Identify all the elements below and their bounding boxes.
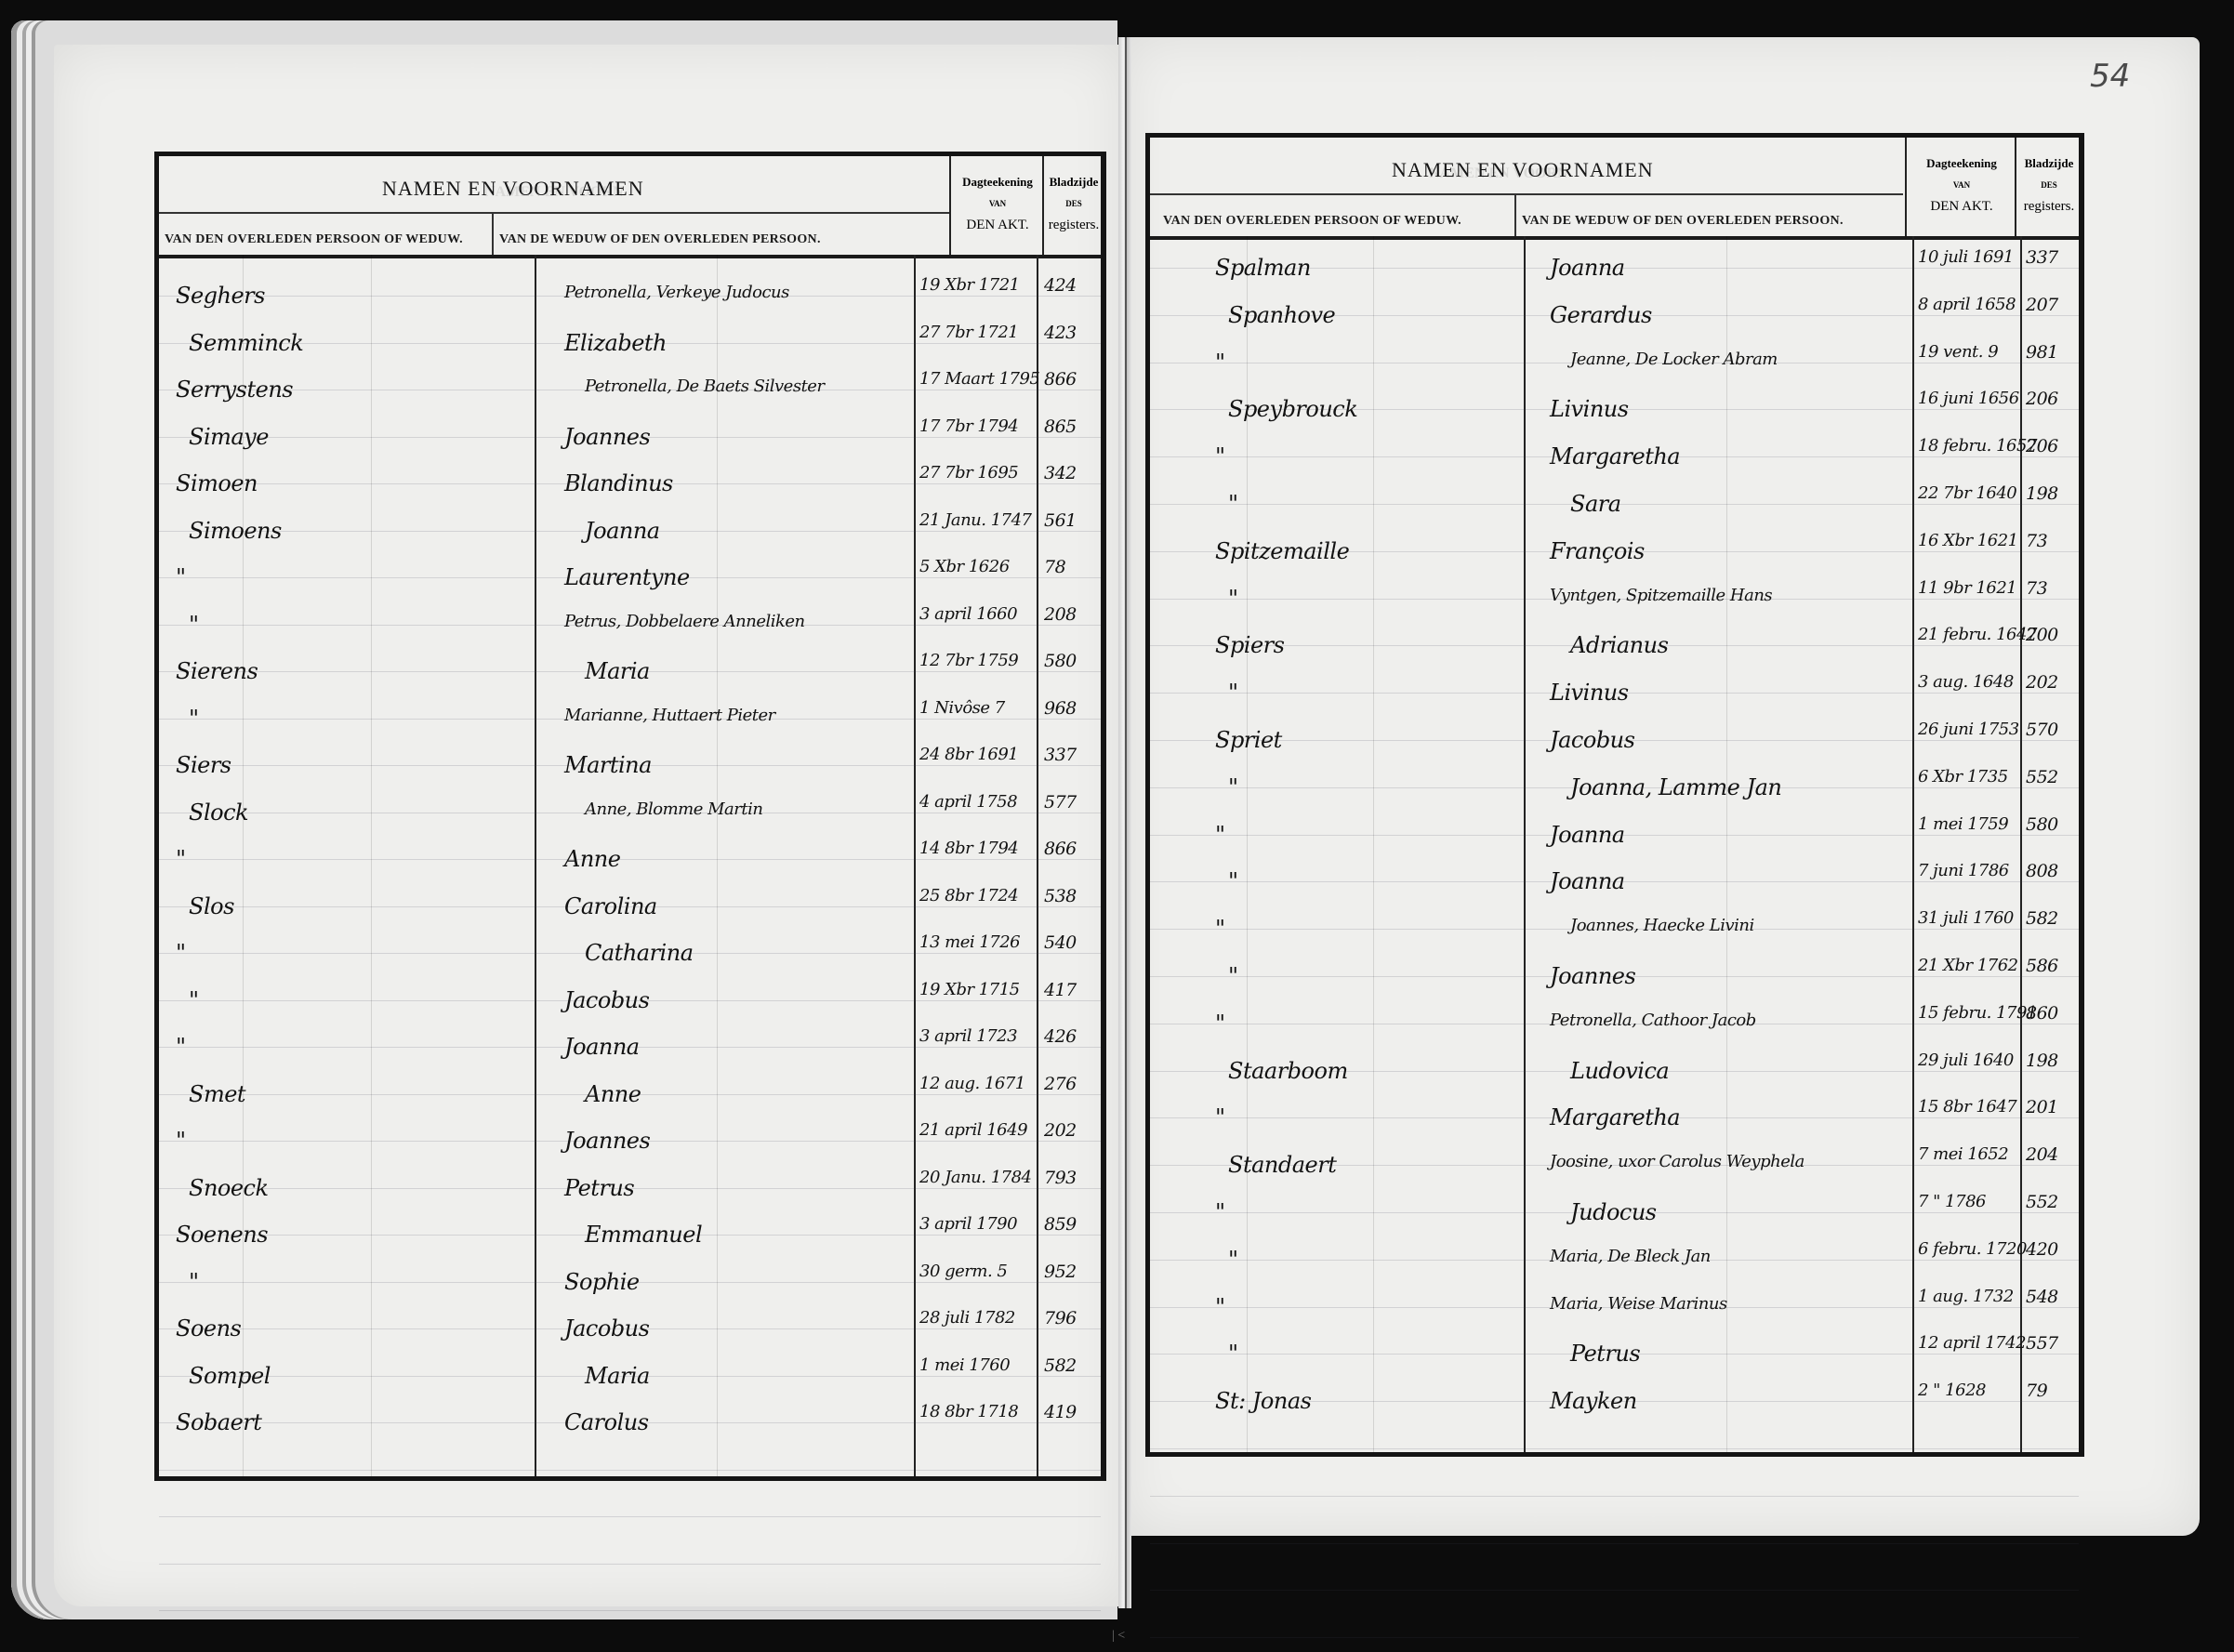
ruled-line (159, 1564, 1101, 1565)
entry-date: 26 juni 1753 (1918, 720, 2019, 739)
entry-surname: Sobaert (176, 1409, 261, 1435)
entry-surname: Spanhove (1228, 302, 1335, 328)
register-entry-row: StandaertJoosine, uxor Carolus Weyphela7… (1150, 1144, 2079, 1186)
entry-date: 28 juli 1782 (919, 1308, 1015, 1328)
entry-date: 7 juni 1786 (1918, 861, 2009, 880)
register-entry-row: SmetAnne12 aug. 1671276 (159, 1074, 1101, 1116)
register-entry-row: SemminckElizabeth27 7br 1721423 (159, 323, 1101, 364)
register-entry-row: "Laurentyne5 Xbr 162678 (159, 557, 1101, 599)
entry-date: 14 8br 1794 (919, 839, 1018, 858)
entry-given-name: Anne (564, 846, 620, 872)
ruled-line (1150, 1637, 2079, 1638)
entry-date: 19 Xbr 1721 (919, 275, 1020, 295)
entry-register-page: 860 (2026, 1003, 2058, 1024)
binding-thread (1125, 37, 1127, 1608)
entry-given-name: François (1550, 538, 1645, 564)
entry-date: 12 april 1742 (1918, 1333, 2026, 1353)
entry-surname: Soenens (176, 1222, 268, 1248)
entry-register-page: 540 (1044, 932, 1077, 953)
entry-register-page: 419 (1044, 1402, 1077, 1422)
entry-surname: Spiers (1215, 632, 1284, 658)
entry-register-page: 552 (2026, 767, 2058, 787)
entry-register-page: 417 (1044, 980, 1077, 1000)
register-entry-row: "Joanna, Lamme Jan6 Xbr 1735552 (1150, 767, 2079, 809)
entry-given-name: Joanna (1550, 822, 1625, 848)
entry-given-name: Petronella, De Baets Silvester (585, 377, 825, 396)
entry-register-page: 796 (1044, 1308, 1077, 1328)
entry-given-name: Laurentyne (564, 564, 690, 590)
register-entry-row: "Sophie30 germ. 5952 (159, 1262, 1101, 1303)
entry-surname: " (1215, 822, 1225, 848)
entry-given-name: Carolus (564, 1409, 649, 1435)
entry-register-page: 866 (1044, 369, 1077, 390)
entry-surname: " (1228, 586, 1238, 612)
entry-date: 1 mei 1760 (919, 1355, 1010, 1375)
entry-surname: " (176, 1128, 186, 1154)
entry-date: 13 mei 1726 (919, 932, 1020, 952)
entry-date: 25 8br 1724 (919, 886, 1018, 905)
register-entry-row: "Joannes, Haecke Livini31 juli 1760582 (1150, 908, 2079, 950)
entry-register-page: 426 (1044, 1026, 1077, 1047)
entry-surname: Standaert (1228, 1152, 1336, 1178)
entry-date: 1 aug. 1732 (1918, 1287, 2014, 1306)
entry-given-name: Petronella, Verkeye Judocus (564, 283, 789, 302)
entry-date: 27 7br 1721 (919, 323, 1018, 342)
entry-given-name: Emmanuel (585, 1222, 702, 1248)
register-entry-row: "Jacobus19 Xbr 1715417 (159, 980, 1101, 1022)
entry-surname: " (1228, 1341, 1238, 1367)
entry-date: 6 febru. 1720 (1918, 1239, 2027, 1259)
entry-register-page: 202 (2026, 672, 2058, 693)
register-entry-row: SlockAnne, Blomme Martin4 april 1758577 (159, 792, 1101, 834)
entry-register-page: 276 (1044, 1074, 1077, 1094)
entry-date: 21 Xbr 1762 (1918, 956, 2018, 975)
register-entry-row: "Petrus12 april 1742557 (1150, 1333, 2079, 1375)
entry-given-name: Martina (564, 752, 652, 778)
entry-given-name: Jacobus (564, 1315, 649, 1341)
entry-date: 3 april 1723 (919, 1026, 1017, 1046)
entry-surname: " (176, 564, 186, 590)
entry-date: 18 febru. 1657 (1918, 436, 2037, 456)
entry-surname: " (1215, 350, 1225, 376)
entry-surname: Simaye (189, 424, 269, 450)
register-entry-row: SoenensEmmanuel3 april 1790859 (159, 1214, 1101, 1256)
entry-date: 21 april 1649 (919, 1120, 1027, 1140)
register-entry-row: StaarboomLudovica29 juli 1640198 (1150, 1051, 2079, 1092)
entry-given-name: Marianne, Huttaert Pieter (564, 706, 775, 725)
register-entry-row: SeghersPetronella, Verkeye Judocus19 Xbr… (159, 275, 1101, 317)
entry-register-page: 73 (2026, 531, 2047, 551)
register-entry-row: "Margaretha15 8br 1647201 (1150, 1097, 2079, 1139)
entry-surname: Sierens (176, 658, 258, 684)
entry-given-name: Judocus (1570, 1199, 1657, 1225)
register-entry-row: SpanhoveGerardus8 april 1658207 (1150, 295, 2079, 337)
register-entry-row: "Petronella, Cathoor Jacob15 febru. 1791… (1150, 1003, 2079, 1045)
entry-surname: Seghers (176, 283, 265, 309)
register-entry-row: SprietJacobus26 juni 1753570 (1150, 720, 2079, 761)
entry-date: 3 april 1790 (919, 1214, 1017, 1234)
entry-register-page: 198 (2026, 1051, 2058, 1071)
entry-surname: " (189, 987, 199, 1013)
register-entry-row: SpalmanJoanna10 juli 1691337 (1150, 247, 2079, 289)
header-col-deceased: VAN DEN OVERLEDEN PERSOON OF WEDUW. (165, 232, 463, 247)
entry-register-page: 866 (1044, 839, 1077, 859)
entry-register-page: 561 (1044, 510, 1077, 531)
entry-date: 19 vent. 9 (1918, 342, 1998, 362)
register-entry-row: "Catharina13 mei 1726540 (159, 932, 1101, 974)
entry-date: 24 8br 1691 (919, 745, 1018, 764)
header-col-date: Dagteekening VAN DEN AKT. (1905, 138, 2016, 236)
register-entry-row: "Sara22 7br 1640198 (1150, 483, 2079, 525)
entry-surname: " (189, 1269, 199, 1295)
entry-register-page: 420 (2026, 1239, 2058, 1260)
entry-surname: Slock (189, 800, 248, 826)
entry-surname: " (189, 706, 199, 732)
entry-register-page: 208 (1044, 604, 1077, 625)
entry-register-page: 206 (2026, 436, 2058, 456)
entry-given-name: Mayken (1550, 1388, 1637, 1414)
register-entry-row: "Joannes21 Xbr 1762586 (1150, 956, 2079, 998)
entry-date: 19 Xbr 1715 (919, 980, 1020, 999)
entry-register-page: 423 (1044, 323, 1077, 343)
entry-date: 12 aug. 1671 (919, 1074, 1025, 1093)
entry-register-page: 201 (2026, 1097, 2058, 1117)
entry-register-page: 73 (2026, 578, 2047, 599)
entry-surname: " (1228, 680, 1238, 706)
register-entry-row: SierensMaria12 7br 1759580 (159, 651, 1101, 693)
entry-surname: " (1215, 1199, 1225, 1225)
entry-date: 7 " 1786 (1918, 1192, 1986, 1211)
entry-register-page: 200 (2026, 625, 2058, 645)
register-entry-row: "Joanna1 mei 1759580 (1150, 814, 2079, 856)
entry-date: 30 germ. 5 (919, 1262, 1007, 1281)
entry-date: 15 8br 1647 (1918, 1097, 2016, 1117)
entry-surname: " (176, 940, 186, 966)
entry-register-page: 342 (1044, 463, 1077, 483)
register-entry-row: SimoensJoanna21 Janu. 1747561 (159, 510, 1101, 552)
entry-date: 20 Janu. 1784 (919, 1168, 1032, 1187)
entry-given-name: Carolina (564, 893, 657, 919)
entry-surname: " (1215, 1104, 1225, 1130)
register-entry-row: "Marianne, Huttaert Pieter1 Nivôse 7968 (159, 698, 1101, 740)
entry-date: 31 juli 1760 (1918, 908, 2014, 928)
entry-register-page: 552 (2026, 1192, 2058, 1212)
entry-given-name: Joannes, Haecke Livini (1570, 916, 1754, 935)
entry-given-name: Anne (585, 1081, 641, 1107)
entry-date: 7 mei 1652 (1918, 1144, 2008, 1164)
entry-register-page: 204 (2026, 1144, 2058, 1165)
register-entry-row: St: JonasMayken2 " 162879 (1150, 1381, 2079, 1422)
header-col-register: Bladzijde DES registers. (1042, 156, 1104, 255)
entry-register-page: 580 (2026, 814, 2058, 835)
register-entry-row: "Maria, De Bleck Jan6 febru. 1720420 (1150, 1239, 2079, 1281)
register-entry-row: "Maria, Weise Marinus1 aug. 1732548 (1150, 1287, 2079, 1328)
entry-given-name: Joanna (564, 1034, 640, 1060)
entry-register-page: 424 (1044, 275, 1077, 296)
entry-given-name: Livinus (1550, 396, 1629, 422)
entry-surname: Soens (176, 1315, 241, 1341)
entry-register-page: 79 (2026, 1381, 2047, 1401)
entry-surname: Serrystens (176, 377, 293, 403)
register-entry-row: "Judocus7 " 1786552 (1150, 1192, 2079, 1234)
entry-date: 16 Xbr 1621 (1918, 531, 2018, 550)
entry-register-page: 793 (1044, 1168, 1077, 1188)
entry-surname: " (176, 1034, 186, 1060)
left-ledger-table: NAMEN EN VOORN NAMEN EN VOORNAMEN VAN DE… (154, 152, 1106, 1481)
header-col-date: Dagteekening VAN DEN AKT. (949, 156, 1044, 255)
entry-register-page: 78 (1044, 557, 1065, 577)
page-number: 54 (2090, 58, 2130, 95)
entry-surname: " (1215, 443, 1225, 469)
entry-date: 10 juli 1691 (1918, 247, 2014, 267)
entry-given-name: Elizabeth (564, 330, 667, 356)
ruled-line (159, 1516, 1101, 1517)
header-col-widow: VAN DE WEDUW OF DEN OVERLEDEN PERSOON. (499, 232, 821, 247)
entry-surname: " (1228, 1247, 1238, 1273)
entry-given-name: Maria, Weise Marinus (1550, 1294, 1727, 1314)
entry-date: 6 Xbr 1735 (1918, 767, 2008, 786)
entry-surname: " (1228, 868, 1238, 894)
entry-surname: " (1215, 1294, 1225, 1320)
entry-date: 18 8br 1718 (919, 1402, 1018, 1421)
entry-register-page: 582 (1044, 1355, 1077, 1376)
header-col-deceased: VAN DEN OVERLEDEN PERSOON OF WEDUW. (1163, 214, 1461, 229)
entry-given-name: Jeanne, De Locker Abram (1570, 350, 1778, 369)
register-entry-row: "Livinus3 aug. 1648202 (1150, 672, 2079, 714)
entry-register-page: 198 (2026, 483, 2058, 504)
entry-given-name: Joanna, Lamme Jan (1570, 774, 1781, 800)
entry-surname: Spalman (1215, 255, 1311, 281)
entry-given-name: Adrianus (1570, 632, 1668, 658)
entry-surname: Sompel (189, 1363, 271, 1389)
register-entry-row: SnoeckPetrus20 Janu. 1784793 (159, 1168, 1101, 1209)
entry-date: 17 7br 1794 (919, 416, 1018, 436)
entry-surname: Simoen (176, 470, 258, 496)
register-entry-row: SoensJacobus28 juli 1782796 (159, 1308, 1101, 1350)
entry-register-page: 586 (2026, 956, 2058, 976)
entry-given-name: Jacobus (564, 987, 649, 1013)
entry-register-page: 548 (2026, 1287, 2058, 1307)
entry-register-page: 582 (2026, 908, 2058, 929)
register-entry-row: SimayeJoannes17 7br 1794865 (159, 416, 1101, 458)
entry-date: 4 april 1758 (919, 792, 1017, 812)
entry-date: 3 aug. 1648 (1918, 672, 2014, 692)
bottom-edge-mark: | < (1112, 1629, 1125, 1644)
entry-register-page: 981 (2026, 342, 2058, 363)
entry-given-name: Anne, Blomme Martin (585, 800, 762, 819)
register-entry-row: SpitzemailleFrançois16 Xbr 162173 (1150, 531, 2079, 573)
ruled-line (1150, 1543, 2079, 1544)
right-ledger-table: NAMEN EN VOORN NAMEN EN VOORNAMEN VAN DE… (1145, 133, 2084, 1457)
entry-register-page: 206 (2026, 389, 2058, 409)
entry-surname: " (1215, 916, 1225, 942)
register-entry-row: "Joannes21 april 1649202 (159, 1120, 1101, 1162)
entry-date: 2 " 1628 (1918, 1381, 1986, 1400)
entry-surname: Spriet (1215, 727, 1282, 753)
entry-given-name: Joanna (585, 518, 660, 544)
entry-register-page: 207 (2026, 295, 2058, 315)
entry-given-name: Joosine, uxor Carolus Weyphela (1550, 1152, 1804, 1171)
entry-date: 1 Nivôse 7 (919, 698, 1005, 718)
entry-given-name: Margaretha (1550, 443, 1680, 469)
entry-surname: Simoens (189, 518, 282, 544)
entry-given-name: Sophie (564, 1269, 640, 1295)
entry-surname: St: Jonas (1215, 1388, 1311, 1414)
entry-given-name: Petrus, Dobbelaere Anneliken (564, 612, 805, 631)
register-entry-row: SpeybrouckLivinus16 juni 1656206 (1150, 389, 2079, 430)
entry-given-name: Jacobus (1550, 727, 1634, 753)
entry-surname: " (176, 846, 186, 872)
entry-register-page: 580 (1044, 651, 1077, 671)
entry-date: 8 april 1658 (1918, 295, 2016, 314)
register-entry-row: "Petrus, Dobbelaere Anneliken3 april 166… (159, 604, 1101, 646)
entry-surname: Staarboom (1228, 1058, 1348, 1084)
header-title: NAMEN EN VOORNAMEN (382, 177, 644, 201)
entry-date: 11 9br 1621 (1918, 578, 2016, 598)
entry-register-page: 202 (1044, 1120, 1077, 1141)
entry-date: 16 juni 1656 (1918, 389, 2019, 408)
entry-register-page: 968 (1044, 698, 1077, 719)
entry-date: 5 Xbr 1626 (919, 557, 1010, 576)
register-entry-row: "Jeanne, De Locker Abram19 vent. 9981 (1150, 342, 2079, 384)
register-entry-row: SlosCarolina25 8br 1724538 (159, 886, 1101, 928)
header-column-separator (1514, 193, 1516, 236)
entry-given-name: Gerardus (1550, 302, 1652, 328)
entry-register-page: 808 (2026, 861, 2058, 881)
entry-surname: " (1228, 963, 1238, 989)
entry-date: 15 febru. 1791 (1918, 1003, 2037, 1023)
register-entry-row: SimoenBlandinus27 7br 1695342 (159, 463, 1101, 505)
entry-register-page: 337 (1044, 745, 1077, 765)
register-entry-row: "Margaretha18 febru. 1657206 (1150, 436, 2079, 478)
entry-surname: Spitzemaille (1215, 538, 1349, 564)
entry-surname: Speybrouck (1228, 396, 1357, 422)
header-divider (1150, 193, 1903, 195)
entry-given-name: Catharina (585, 940, 694, 966)
entry-date: 29 juli 1640 (1918, 1051, 2014, 1070)
entry-given-name: Joannes (564, 1128, 650, 1154)
entry-given-name: Blandinus (564, 470, 673, 496)
entry-surname: Slos (189, 893, 234, 919)
entry-surname: Siers (176, 752, 231, 778)
entry-given-name: Maria (585, 658, 650, 684)
register-entry-row: "Joanna7 juni 1786808 (1150, 861, 2079, 903)
entry-surname: " (1215, 1011, 1225, 1037)
register-entry-row: "Vyntgen, Spitzemaille Hans11 9br 162173 (1150, 578, 2079, 620)
header-divider (159, 212, 949, 214)
register-entry-row: "Anne14 8br 1794866 (159, 839, 1101, 880)
header-col-register: Bladzijde DES registers. (2015, 138, 2082, 236)
ruled-line (159, 1610, 1101, 1611)
entry-given-name: Maria, De Bleck Jan (1550, 1247, 1711, 1266)
ruled-line (1150, 1496, 2079, 1497)
entry-given-name: Ludovica (1570, 1058, 1669, 1084)
ledger-header: NAMEN EN VOORN NAMEN EN VOORNAMEN VAN DE… (159, 156, 1101, 258)
entry-register-page: 865 (1044, 416, 1077, 437)
register-entry-row: SpiersAdrianus21 febru. 1647200 (1150, 625, 2079, 667)
register-entry-row: SompelMaria1 mei 1760582 (159, 1355, 1101, 1397)
entry-surname: Snoeck (189, 1175, 269, 1201)
register-entry-row: SiersMartina24 8br 1691337 (159, 745, 1101, 786)
entry-date: 3 april 1660 (919, 604, 1017, 624)
entry-register-page: 859 (1044, 1214, 1077, 1235)
entry-date: 17 Maart 1795 (919, 369, 1039, 389)
entry-register-page: 570 (2026, 720, 2058, 740)
entry-given-name: Vyntgen, Spitzemaille Hans (1550, 586, 1772, 605)
entry-given-name: Joannes (1550, 963, 1635, 989)
entry-given-name: Joanna (1550, 868, 1625, 894)
entry-date: 1 mei 1759 (1918, 814, 2008, 834)
entry-register-page: 337 (2026, 247, 2058, 268)
entry-given-name: Joannes (564, 424, 650, 450)
register-entry-row: SerrystensPetronella, De Baets Silvester… (159, 369, 1101, 411)
entry-date: 12 7br 1759 (919, 651, 1018, 670)
entry-given-name: Sara (1570, 491, 1621, 517)
ledger-header: NAMEN EN VOORN NAMEN EN VOORNAMEN VAN DE… (1150, 138, 2079, 240)
entry-given-name: Joanna (1550, 255, 1625, 281)
ruled-line (1150, 1448, 2079, 1449)
ruled-line (159, 1470, 1101, 1471)
entry-surname: " (1228, 774, 1238, 800)
entry-register-page: 577 (1044, 792, 1077, 813)
ruled-line (1150, 1590, 2079, 1591)
entry-surname: Smet (189, 1081, 245, 1107)
entry-given-name: Margaretha (1550, 1104, 1680, 1130)
entry-date: 22 7br 1640 (1918, 483, 2016, 503)
entry-given-name: Maria (585, 1363, 650, 1389)
header-title: NAMEN EN VOORNAMEN (1392, 158, 1654, 182)
entry-surname: " (189, 612, 199, 638)
header-col-widow: VAN DE WEDUW OF DEN OVERLEDEN PERSOON. (1522, 214, 1844, 229)
register-entry-row: "Joanna3 april 1723426 (159, 1026, 1101, 1068)
entry-given-name: Petrus (564, 1175, 634, 1201)
entry-surname: Semminck (189, 330, 303, 356)
entry-given-name: Petronella, Cathoor Jacob (1550, 1011, 1756, 1030)
entry-date: 27 7br 1695 (919, 463, 1018, 482)
entry-register-page: 538 (1044, 886, 1077, 906)
register-entry-row: SobaertCarolus18 8br 1718419 (159, 1402, 1101, 1444)
entry-given-name: Livinus (1550, 680, 1629, 706)
entry-register-page: 557 (2026, 1333, 2058, 1354)
entry-given-name: Petrus (1570, 1341, 1640, 1367)
entry-register-page: 952 (1044, 1262, 1077, 1282)
entry-date: 21 Janu. 1747 (919, 510, 1032, 530)
entry-surname: " (1228, 491, 1238, 517)
entry-date: 21 febru. 1647 (1918, 625, 2037, 644)
header-column-separator (492, 212, 494, 255)
